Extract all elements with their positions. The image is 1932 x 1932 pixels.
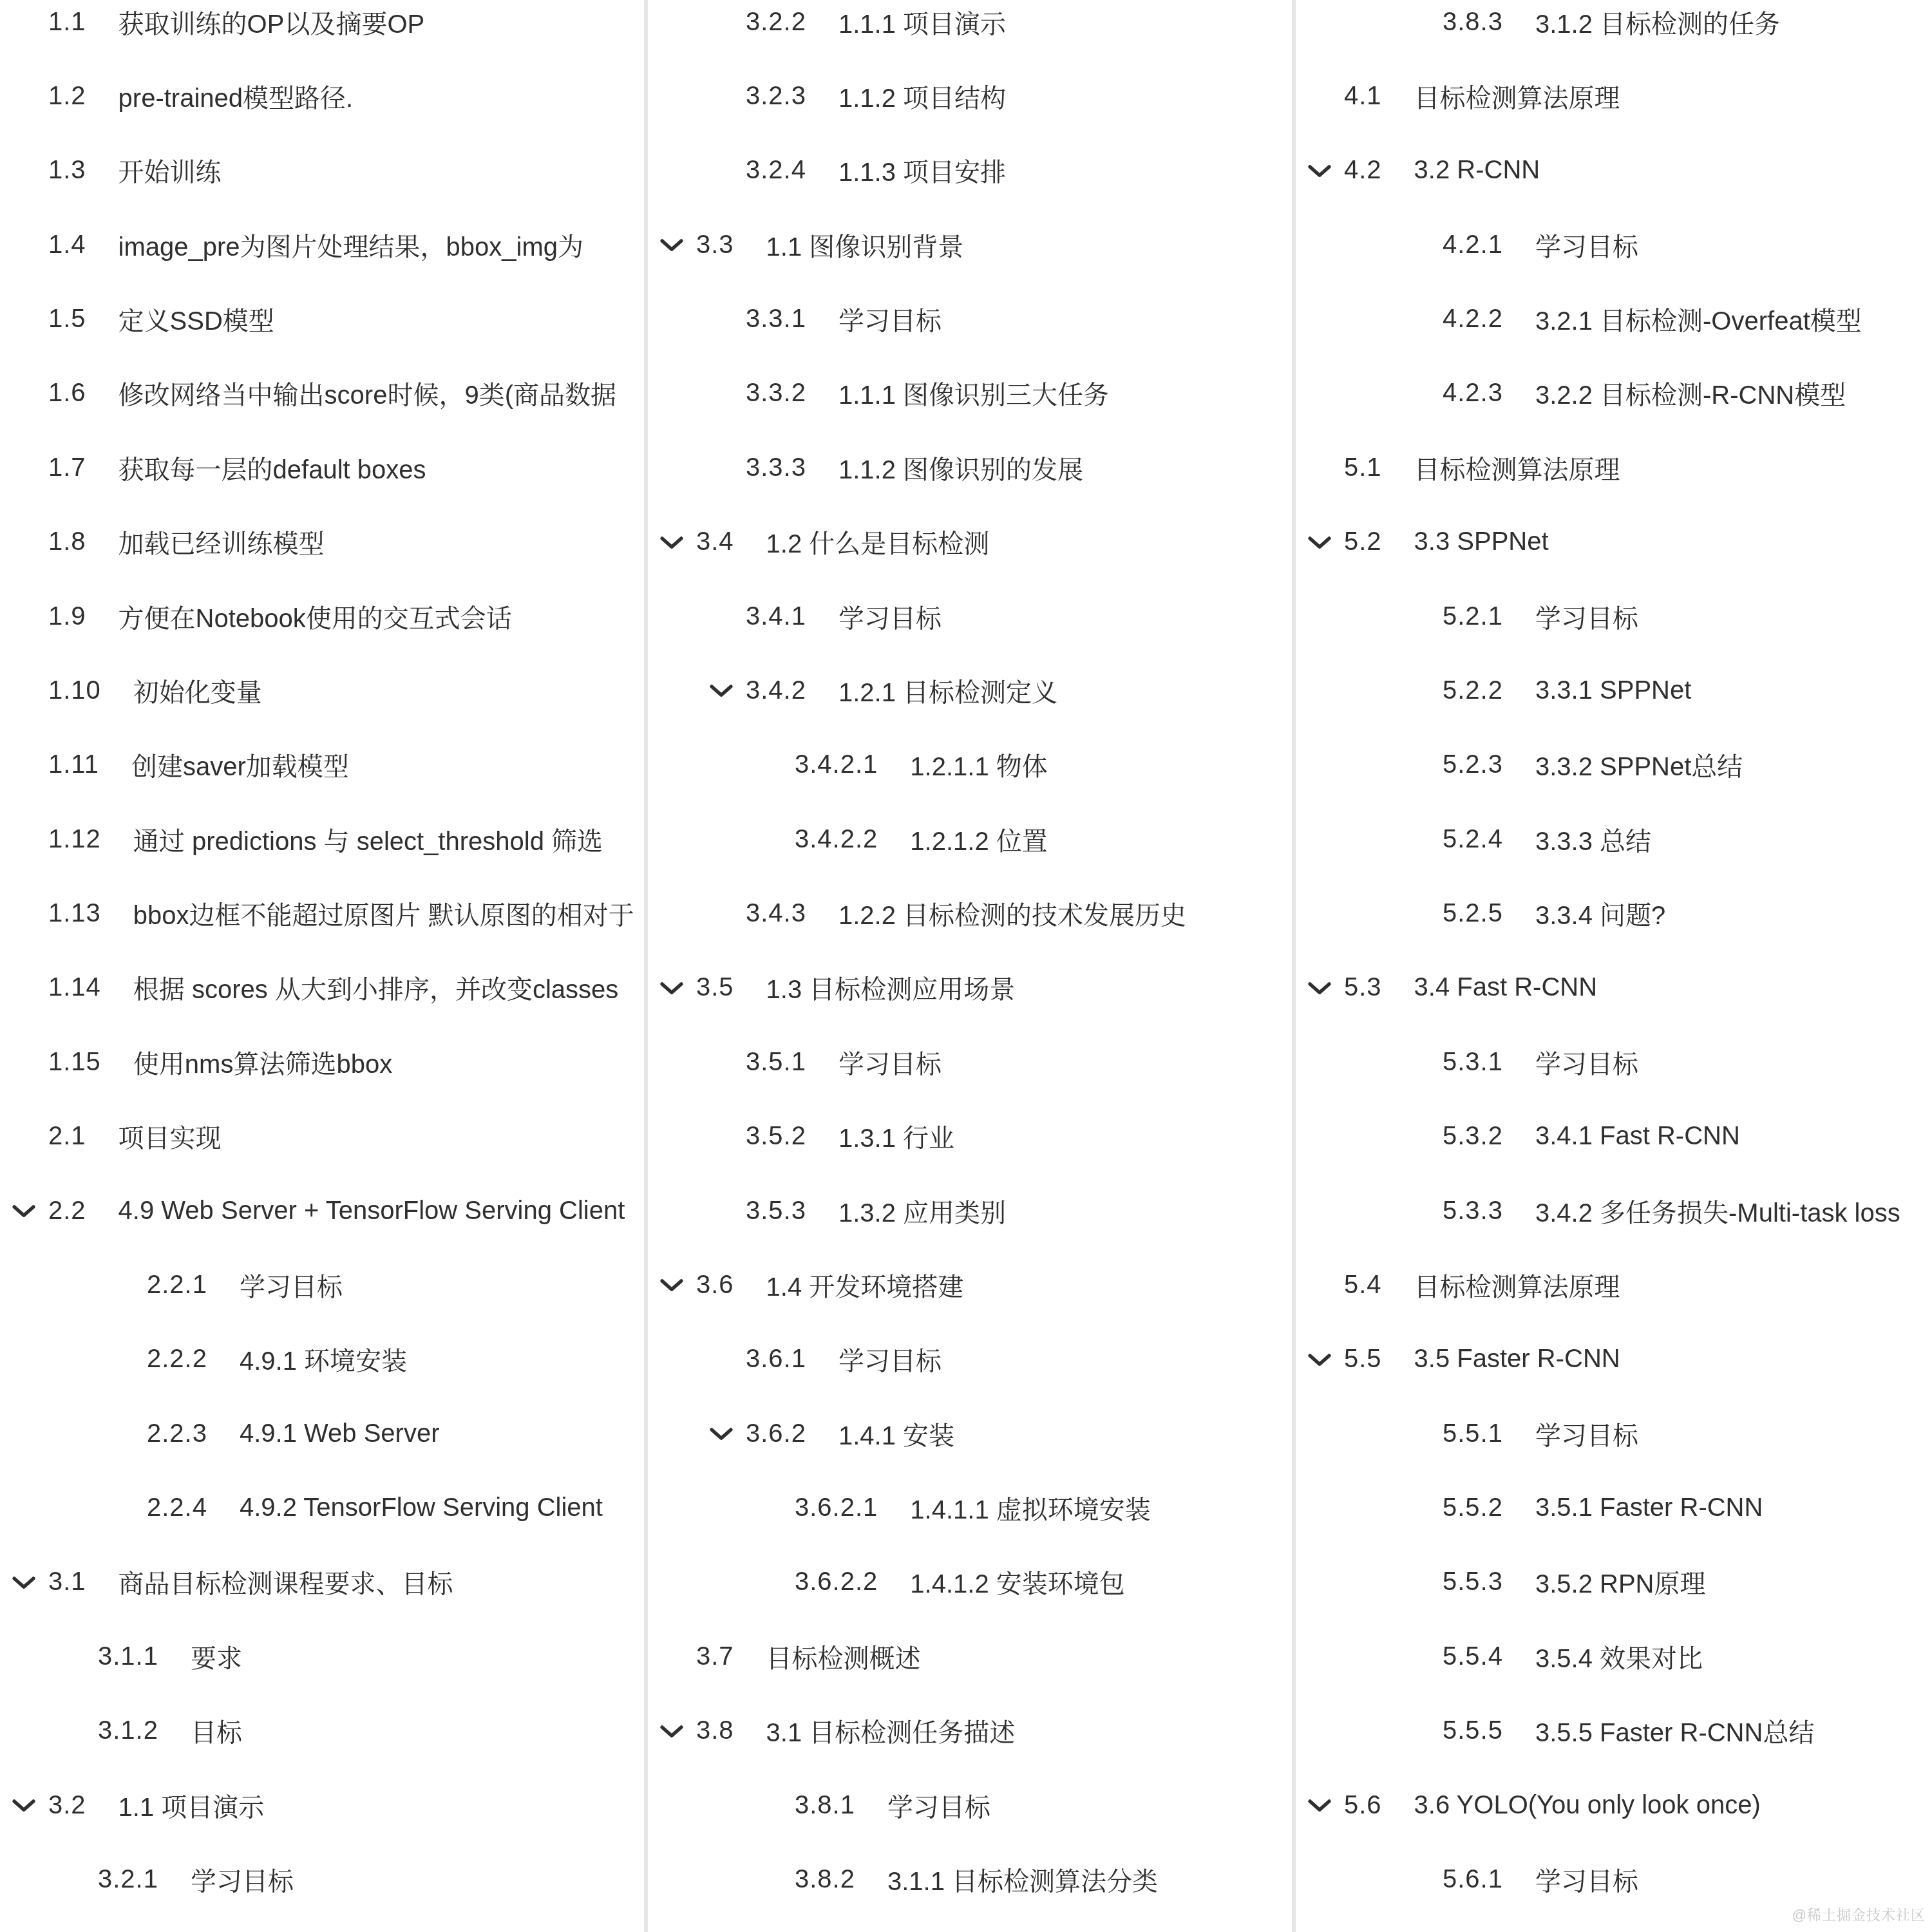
toc-item-title: 学习目标 [1535,1044,1638,1081]
toc-item-number: 5.5.2 [1443,1493,1503,1522]
toc-item-title: 3.6 YOLO(You only look once) [1414,1791,1761,1820]
chevron-down-icon[interactable] [709,684,734,698]
toc-item[interactable]: 1.13bbox边框不能超过原图片 默认原图的相对于 [0,892,644,966]
toc-item[interactable]: 1.14根据 scores 从大到小排序，并改变classes [0,966,644,1040]
toc-item-number: 3.5.3 [746,1197,806,1226]
toc-item-line: 5.1目标检测算法原理 [1344,446,1932,489]
toc-item-title: 3.3.1 SPPNet [1535,676,1691,705]
toc-item-title: 使用nms算法筛选bbox [133,1044,392,1081]
toc-item-line: 1.14根据 scores 从大到小排序，并改变classes [48,966,644,1010]
toc-item-line: 5.5.53.5.5 Faster R-CNN总结 [1443,1709,1932,1753]
toc-item[interactable]: 3.2.1学习目标 [0,1857,644,1931]
toc-item-title: 学习目标 [838,301,942,337]
toc-item-number: 3.3.3 [746,453,806,482]
toc-item-title: 学习目标 [240,1267,343,1303]
toc-item-line: 5.3.33.4.2 多任务损失-Multi-task loss [1443,1189,1932,1233]
toc-item-title: 方便在Notebook使用的交互式会话 [118,598,512,635]
toc-item-title: 4.9 Web Server + TensorFlow Serving Clie… [118,1197,625,1226]
toc-item-title: 3.5.5 Faster R-CNN总结 [1535,1712,1814,1749]
toc-item-title: 修改网络当中输出score时候，9类(商品数据 [118,375,616,412]
toc-item-line: 4.2.23.2.1 目标检测-Overfeat模型 [1443,298,1932,341]
toc-item-number: 4.1 [1344,82,1382,111]
toc-item[interactable]: 1.1获取训练的OP以及摘要OP [0,0,644,74]
toc-item-line: 3.6.2.21.4.1.2 安装环境包 [795,1560,1292,1604]
toc-item-title: 3.4.1 Fast R-CNN [1535,1122,1740,1151]
toc-item-line: 1.8加载已经训练模型 [48,520,644,564]
chevron-down-icon[interactable] [1307,981,1332,996]
toc-item-number: 3.2.4 [746,156,806,185]
toc-item[interactable]: 5.3.23.4.1 Fast R-CNN [1296,1115,1932,1189]
toc-item-line: 4.23.2 R-CNN [1344,149,1932,193]
toc-item-number: 3.3.1 [746,305,806,334]
toc-item[interactable]: 3.6.2.21.4.1.2 安装环境包 [648,1560,1292,1634]
toc-item-title: 根据 scores 从大到小排序，并改变classes [133,969,618,1006]
toc-column-1: 1.1获取训练的OP以及摘要OP1.2pre-trained模型路径.1.3开始… [0,0,644,1932]
toc-item-title: 学习目标 [1535,598,1638,635]
toc-item-number: 3.7 [696,1642,734,1671]
toc-item[interactable]: 4.23.2 R-CNN [1296,149,1932,223]
toc-item-title: 要求 [191,1638,242,1675]
toc-item-number: 5.5.1 [1443,1419,1503,1448]
toc-item[interactable]: 5.23.3 SPPNet [1296,520,1932,594]
toc-item-number: 2.2 [48,1197,86,1226]
toc-item-number: 3.3 [696,231,734,260]
toc-item-title: 初始化变量 [133,672,262,709]
chevron-down-icon[interactable] [12,1576,36,1590]
toc-item[interactable]: 3.41.2 什么是目标检测 [648,520,1292,594]
toc-item[interactable]: 5.1目标检测算法原理 [1296,446,1932,520]
toc-item-number: 2.2.3 [147,1419,207,1448]
toc-item[interactable]: 3.4.1学习目标 [648,594,1292,668]
toc-item-title: 目标检测算法原理 [1414,450,1620,486]
toc-item-line: 3.2.21.1.1 项目演示 [746,0,1292,44]
toc-item[interactable]: 3.2.31.1.2 项目结构 [648,74,1292,148]
toc-item-number: 5.5.3 [1443,1567,1503,1596]
toc-item-number: 3.8 [696,1716,734,1745]
toc-item-title: 1.2 什么是目标检测 [766,524,990,560]
toc-item-title: 1.2.1.1 物体 [910,746,1047,783]
toc-item[interactable]: 2.2.1学习目标 [0,1263,644,1337]
toc-item-number: 1.5 [48,305,86,334]
toc-item-number: 1.9 [48,602,86,631]
toc-item[interactable]: 3.6.2.11.4.1.1 虚拟环境安装 [648,1486,1292,1560]
toc-item-line: 3.5.21.3.1 行业 [746,1115,1292,1159]
toc-item-number: 1.11 [48,750,99,779]
toc-item[interactable]: 5.2.43.3.3 总结 [1296,817,1932,891]
toc-item-title: 1.3 目标检测应用场景 [766,969,1016,1006]
toc-item[interactable]: 3.5.1学习目标 [648,1040,1292,1114]
toc-item-title: 3.5.1 Faster R-CNN [1535,1493,1763,1522]
toc-item-line: 3.2.31.1.2 项目结构 [746,74,1292,118]
toc-item[interactable]: 1.8加载已经训练模型 [0,520,644,594]
toc-item-title: 1.4 开发环境搭建 [766,1267,964,1303]
toc-item-title: 1.2.1.2 位置 [910,821,1047,858]
toc-item-title: 3.3 SPPNet [1414,527,1549,556]
chevron-down-icon[interactable] [659,1725,684,1739]
toc-item-number: 3.8.1 [795,1791,855,1820]
toc-item[interactable]: 3.3.31.1.2 图像识别的发展 [648,446,1292,520]
toc-item-line: 4.1目标检测算法原理 [1344,74,1932,118]
toc-item[interactable]: 2.2.44.9.2 TensorFlow Serving Client [0,1486,644,1560]
toc-item-number: 1.10 [48,676,101,705]
toc-item-number: 5.3.1 [1443,1048,1503,1077]
chevron-down-icon[interactable] [12,1799,36,1813]
toc-item-line: 5.33.4 Fast R-CNN [1344,966,1932,1010]
toc-item-line: 1.2pre-trained模型路径. [48,74,644,118]
toc-item[interactable]: 5.5.33.5.2 RPN原理 [1296,1560,1932,1634]
toc-column-3: 3.8.33.1.2 目标检测的任务4.1目标检测算法原理4.23.2 R-CN… [1296,0,1932,1932]
toc-item[interactable]: 5.5.43.5.4 效果对比 [1296,1634,1932,1709]
toc-item-number: 3.4 [696,527,734,556]
toc-item-line: 1.6修改网络当中输出score时候，9类(商品数据 [48,372,644,415]
toc-item-title: 目标检测算法原理 [1414,1267,1620,1303]
toc-item-title: bbox边框不能超过原图片 默认原图的相对于 [133,895,634,932]
toc-item-number: 1.6 [48,379,86,408]
toc-item[interactable]: 3.2.41.1.3 项目安排 [648,149,1292,223]
toc-item-title: 开始训练 [118,152,222,189]
toc-item[interactable]: 3.1.1要求 [0,1634,644,1709]
toc-item-title: 3.3.2 SPPNet总结 [1535,746,1743,783]
toc-item[interactable]: 3.5.21.3.1 行业 [648,1115,1292,1189]
toc-item-line: 1.15使用nms算法筛选bbox [48,1040,644,1084]
toc-item-title: 通过 predictions 与 select_threshold 筛选 [133,821,603,858]
toc-item-line: 3.4.2.21.2.1.2 位置 [795,817,1292,861]
toc-item-line: 5.5.1学习目标 [1443,1412,1932,1455]
toc-item-line: 5.3.23.4.1 Fast R-CNN [1443,1115,1932,1159]
toc-item-line: 3.61.4 开发环境搭建 [696,1263,1292,1307]
toc-item[interactable]: 4.2.33.2.2 目标检测-R-CNN模型 [1296,372,1932,446]
toc-item-number: 5.5 [1344,1345,1382,1374]
toc-item[interactable]: 2.24.9 Web Server + TensorFlow Serving C… [0,1189,644,1263]
toc-item-line: 5.3.1学习目标 [1443,1040,1932,1084]
toc-item-title: 3.1.1 目标检测算法分类 [887,1861,1158,1898]
toc-item-number: 2.2.4 [147,1493,207,1522]
toc-item[interactable]: 5.2.53.3.4 问题? [1296,892,1932,966]
toc-item-title: 4.9.2 TensorFlow Serving Client [240,1493,603,1522]
toc-item-number: 5.2 [1344,527,1382,556]
toc-item[interactable]: 1.10初始化变量 [0,668,644,743]
toc-item-number: 2.1 [48,1122,86,1151]
toc-item-number: 3.1.2 [98,1716,158,1745]
toc-item-line: 3.4.21.2.1 目标检测定义 [746,668,1292,712]
toc-item[interactable]: 5.5.1学习目标 [1296,1412,1932,1486]
toc-item[interactable]: 1.3开始训练 [0,149,644,223]
chevron-down-icon[interactable] [659,1278,684,1293]
toc-item[interactable]: 3.1商品目标检测课程要求、目标 [0,1560,644,1634]
toc-item-line: 3.1商品目标检测课程要求、目标 [48,1560,644,1604]
toc-item-line: 3.3.31.1.2 图像识别的发展 [746,446,1292,489]
toc-item-number: 4.2.3 [1443,379,1503,408]
toc-item-line: 2.2.1学习目标 [147,1263,644,1307]
toc-item[interactable]: 5.4目标检测算法原理 [1296,1263,1932,1337]
toc-item-title: 3.4.2 多任务损失-Multi-task loss [1535,1193,1900,1229]
toc-item-line: 3.3.1学习目标 [746,298,1292,341]
toc-item-number: 1.8 [48,527,86,556]
toc-item-number: 3.6.1 [746,1345,806,1374]
toc-item-line: 3.5.1学习目标 [746,1040,1292,1084]
toc-item-line: 3.8.33.1.2 目标检测的任务 [1443,0,1932,44]
toc-item[interactable]: 3.31.1 图像识别背景 [648,223,1292,297]
toc-item-title: 目标检测概述 [766,1638,921,1675]
toc-item-number: 3.8.3 [1443,8,1503,37]
toc-item[interactable]: 3.61.4 开发环境搭建 [648,1263,1292,1337]
toc-item-number: 5.2.5 [1443,899,1503,928]
toc-item-title: 学习目标 [1535,1861,1638,1898]
toc-item[interactable]: 2.2.34.9.1 Web Server [0,1412,644,1486]
chevron-down-icon[interactable] [1307,1353,1332,1367]
chevron-down-icon[interactable] [659,536,684,550]
toc-item-number: 5.2.2 [1443,676,1503,705]
toc-item[interactable]: 1.12通过 predictions 与 select_threshold 筛选 [0,817,644,891]
toc-item[interactable]: 1.11创建saver加载模型 [0,743,644,817]
toc-item-line: 3.2.1学习目标 [98,1857,644,1901]
toc-item-number: 1.3 [48,156,86,185]
toc-item[interactable]: 5.3.1学习目标 [1296,1040,1932,1114]
toc-item-title: 3.5.2 RPN原理 [1535,1564,1706,1600]
toc-item[interactable]: 2.2.24.9.1 环境安装 [0,1338,644,1412]
toc-item-number: 3.6.2 [746,1419,806,1448]
toc-item[interactable]: 5.5.23.5.1 Faster R-CNN [1296,1486,1932,1560]
toc-item-line: 1.7获取每一层的default boxes [48,446,644,489]
toc-item-title: 3.2.1 目标检测-Overfeat模型 [1535,301,1862,337]
toc-item[interactable]: 3.6.21.4.1 安装 [648,1412,1292,1486]
toc-item[interactable]: 5.33.4 Fast R-CNN [1296,966,1932,1040]
toc-item-number: 3.4.1 [746,602,806,631]
toc-item[interactable]: 5.2.1学习目标 [1296,594,1932,668]
toc-item-title: 1.1.2 项目结构 [838,78,1006,115]
toc-item-line: 3.6.21.4.1 安装 [746,1412,1292,1455]
toc-item[interactable]: 3.4.21.2.1 目标检测定义 [648,668,1292,743]
toc-item-line: 1.9方便在Notebook使用的交互式会话 [48,594,644,638]
toc-item-number: 3.2.3 [746,82,806,111]
toc-item[interactable]: 1.2pre-trained模型路径. [0,74,644,148]
toc-item-title: 1.4.1 安装 [838,1416,954,1452]
toc-item-title: 获取每一层的default boxes [118,450,426,486]
toc-item-title: 学习目标 [191,1861,294,1898]
toc-item-line: 3.4.31.2.2 目标检测的技术发展历史 [746,892,1292,936]
toc-item-number: 3.3.2 [746,379,806,408]
toc-item-number: 5.3.3 [1443,1197,1503,1226]
toc-item-title: 商品目标检测课程要求、目标 [118,1564,453,1600]
toc-item-number: 3.5 [696,973,734,1002]
toc-item-number: 5.5.4 [1443,1642,1503,1671]
toc-item[interactable]: 1.9方便在Notebook使用的交互式会话 [0,594,644,668]
toc-item-number: 1.13 [48,899,101,928]
toc-item-title: 1.3.2 应用类别 [838,1193,1006,1229]
toc-item[interactable]: 3.8.23.1.1 目标检测算法分类 [648,1857,1292,1931]
toc-item-title: 1.2.1 目标检测定义 [838,672,1057,709]
toc-item-line: 1.4image_pre为图片处理结果，bbox_img为 [48,223,644,267]
toc-item-line: 3.6.1学习目标 [746,1338,1292,1381]
toc-item-line: 1.5定义SSD模型 [48,298,644,341]
toc-item[interactable]: 1.5定义SSD模型 [0,298,644,372]
toc-item[interactable]: 3.51.3 目标检测应用场景 [648,966,1292,1040]
toc-item-line: 1.12通过 predictions 与 select_threshold 筛选 [48,817,644,861]
toc-item-title: 4.9.1 环境安装 [240,1341,407,1378]
toc-item-title: 3.2 R-CNN [1414,156,1540,185]
toc-item-title: 1.1.1 图像识别三大任务 [838,375,1109,412]
toc-item-number: 5.2.1 [1443,602,1503,631]
toc-item-title: 3.3.4 问题? [1535,895,1665,932]
toc-item-line: 2.1项目实现 [48,1115,644,1159]
toc-page: 1.1获取训练的OP以及摘要OP1.2pre-trained模型路径.1.3开始… [0,0,1932,1932]
toc-item-title: 3.1.2 目标检测的任务 [1535,4,1780,41]
toc-item-number: 4.2 [1344,156,1382,185]
toc-item-line: 3.4.2.11.2.1.1 物体 [795,743,1292,787]
chevron-down-icon[interactable] [1307,164,1332,178]
toc-item-number: 3.4.2 [746,676,806,705]
toc-item[interactable]: 3.4.2.11.2.1.1 物体 [648,743,1292,817]
toc-item[interactable]: 1.4image_pre为图片处理结果，bbox_img为 [0,223,644,297]
toc-item-number: 3.6.2.2 [795,1567,878,1596]
toc-item-line: 3.21.1 项目演示 [48,1783,644,1827]
toc-item-line: 3.2.41.1.3 项目安排 [746,149,1292,193]
toc-item-title: 加载已经训练模型 [118,524,325,560]
toc-item-line: 2.2.44.9.2 TensorFlow Serving Client [147,1486,644,1530]
toc-item-title: 1.4.1.1 虚拟环境安装 [910,1490,1150,1526]
toc-item-number: 5.4 [1344,1271,1382,1300]
toc-item-title: 1.3.1 行业 [838,1118,954,1155]
toc-item-title: 定义SSD模型 [118,301,274,337]
toc-item[interactable]: 3.83.1 目标检测任务描述 [648,1709,1292,1783]
toc-item[interactable]: 4.2.23.2.1 目标检测-Overfeat模型 [1296,298,1932,372]
toc-item[interactable]: 3.6.1学习目标 [648,1338,1292,1412]
toc-item-number: 3.1 [48,1567,86,1596]
toc-item[interactable]: 1.15使用nms算法筛选bbox [0,1040,644,1114]
toc-item-line: 5.2.43.3.3 总结 [1443,817,1932,861]
toc-item-title: 1.1.2 图像识别的发展 [838,450,1083,486]
toc-item-title: 4.9.1 Web Server [240,1419,440,1448]
toc-item-number: 3.5.1 [746,1048,806,1077]
toc-item-title: 1.1 图像识别背景 [766,227,964,263]
toc-item-title: 3.5.4 效果对比 [1535,1638,1703,1675]
toc-item-line: 3.4.1学习目标 [746,594,1292,638]
toc-item[interactable]: 3.4.2.21.2.1.2 位置 [648,817,1292,891]
watermark: @稀土掘金技术社区 [1792,1904,1926,1924]
chevron-down-icon[interactable] [659,981,684,996]
toc-item-number: 5.2.3 [1443,750,1503,779]
toc-item[interactable]: 5.5.53.5.5 Faster R-CNN总结 [1296,1709,1932,1783]
toc-item-title: 1.4.1.2 安装环境包 [910,1564,1124,1600]
toc-item-number: 3.1.1 [98,1642,158,1671]
toc-item-line: 5.53.5 Faster R-CNN [1344,1338,1932,1381]
toc-item[interactable]: 4.2.1学习目标 [1296,223,1932,297]
toc-item-line: 5.5.23.5.1 Faster R-CNN [1443,1486,1932,1530]
chevron-down-icon[interactable] [1307,536,1332,550]
toc-item-line: 5.2.1学习目标 [1443,594,1932,638]
toc-item-line: 5.23.3 SPPNet [1344,520,1932,564]
chevron-down-icon[interactable] [659,238,684,252]
toc-item-number: 5.5.5 [1443,1716,1503,1745]
toc-item[interactable]: 3.5.31.3.2 应用类别 [648,1189,1292,1263]
toc-item[interactable]: 3.3.21.1.1 图像识别三大任务 [648,372,1292,446]
toc-item-number: 3.4.2.2 [795,825,878,854]
toc-item-line: 5.4目标检测算法原理 [1344,1263,1932,1307]
toc-item-line: 5.5.33.5.2 RPN原理 [1443,1560,1932,1604]
toc-item[interactable]: 5.2.23.3.1 SPPNet [1296,668,1932,743]
chevron-down-icon[interactable] [709,1427,734,1441]
toc-item-line: 3.3.21.1.1 图像识别三大任务 [746,372,1292,415]
toc-item-line: 1.11创建saver加载模型 [48,743,644,787]
chevron-down-icon[interactable] [12,1204,36,1218]
toc-item-number: 1.4 [48,231,86,260]
toc-item-line: 5.2.53.3.4 问题? [1443,892,1932,936]
toc-item-line: 5.6.1学习目标 [1443,1857,1932,1901]
toc-item-number: 2.2.1 [147,1271,207,1300]
toc-item-number: 3.6.2.1 [795,1493,878,1522]
toc-item[interactable]: 3.3.1学习目标 [648,298,1292,372]
toc-item-line: 5.2.33.3.2 SPPNet总结 [1443,743,1932,787]
toc-item-title: 目标 [191,1712,242,1749]
toc-item[interactable]: 4.1目标检测算法原理 [1296,74,1932,148]
toc-item[interactable]: 5.63.6 YOLO(You only look once) [1296,1783,1932,1857]
toc-item-line: 3.51.3 目标检测应用场景 [696,966,1292,1010]
toc-item-line: 3.31.1 图像识别背景 [696,223,1292,267]
toc-item-line: 2.2.24.9.1 环境安装 [147,1338,644,1381]
toc-item-title: 学习目标 [838,598,942,635]
toc-item[interactable]: 5.3.33.4.2 多任务损失-Multi-task loss [1296,1189,1932,1263]
toc-item-line: 3.7目标检测概述 [696,1634,1292,1678]
toc-item-line: 1.1获取训练的OP以及摘要OP [48,0,644,44]
toc-item-line: 3.41.2 什么是目标检测 [696,520,1292,564]
toc-item-title: 目标检测算法原理 [1414,78,1620,115]
toc-item-line: 4.2.33.2.2 目标检测-R-CNN模型 [1443,372,1932,415]
toc-item-title: 3.1 目标检测任务描述 [766,1712,1016,1749]
toc-item-line: 5.5.43.5.4 效果对比 [1443,1634,1932,1678]
toc-item[interactable]: 2.1项目实现 [0,1115,644,1189]
toc-item[interactable]: 5.2.33.3.2 SPPNet总结 [1296,743,1932,817]
toc-item-line: 5.2.23.3.1 SPPNet [1443,668,1932,712]
toc-item-number: 1.1 [48,8,86,37]
toc-item-line: 3.8.1学习目标 [795,1783,1292,1827]
toc-item[interactable]: 3.8.1学习目标 [648,1783,1292,1857]
toc-item-number: 1.14 [48,973,101,1002]
toc-item-line: 1.13bbox边框不能超过原图片 默认原图的相对于 [48,892,644,936]
toc-item-line: 5.63.6 YOLO(You only look once) [1344,1783,1932,1827]
toc-item[interactable]: 5.53.5 Faster R-CNN [1296,1338,1932,1412]
toc-item-number: 2.2.2 [147,1345,207,1374]
toc-item[interactable]: 3.1.2目标 [0,1709,644,1783]
toc-item-line: 3.5.31.3.2 应用类别 [746,1189,1292,1233]
toc-item[interactable]: 3.7目标检测概述 [648,1634,1292,1709]
toc-item-line: 3.83.1 目标检测任务描述 [696,1709,1292,1753]
toc-item-number: 1.12 [48,825,101,854]
toc-item-title: 1.1.1 项目演示 [838,4,1006,41]
toc-item[interactable]: 3.21.1 项目演示 [0,1783,644,1857]
toc-item-title: image_pre为图片处理结果，bbox_img为 [118,227,583,263]
toc-item-line: 1.10初始化变量 [48,668,644,712]
toc-item-number: 3.2.1 [98,1865,158,1894]
toc-item-title: 1.1.3 项目安排 [838,152,1006,189]
toc-item-title: 学习目标 [887,1787,990,1824]
toc-item[interactable]: 3.4.31.2.2 目标检测的技术发展历史 [648,892,1292,966]
toc-item-title: 3.2.2 目标检测-R-CNN模型 [1535,375,1846,412]
toc-item-number: 5.3.2 [1443,1122,1503,1151]
toc-item[interactable]: 1.6修改网络当中输出score时候，9类(商品数据 [0,372,644,446]
toc-item-number: 3.4.2.1 [795,750,878,779]
toc-item-title: 1.2.2 目标检测的技术发展历史 [838,895,1186,932]
toc-item-number: 5.6 [1344,1791,1382,1820]
toc-item-title: 获取训练的OP以及摘要OP [118,4,425,41]
toc-item[interactable]: 1.7获取每一层的default boxes [0,446,644,520]
toc-item-number: 3.6 [696,1271,734,1300]
toc-item-number: 3.4.3 [746,899,806,928]
toc-item[interactable]: 3.8.33.1.2 目标检测的任务 [1296,0,1932,74]
toc-item-title: 学习目标 [1535,227,1638,263]
toc-item-number: 5.1 [1344,453,1382,482]
chevron-down-icon[interactable] [1307,1799,1332,1813]
toc-item[interactable]: 3.2.21.1.1 项目演示 [648,0,1292,74]
